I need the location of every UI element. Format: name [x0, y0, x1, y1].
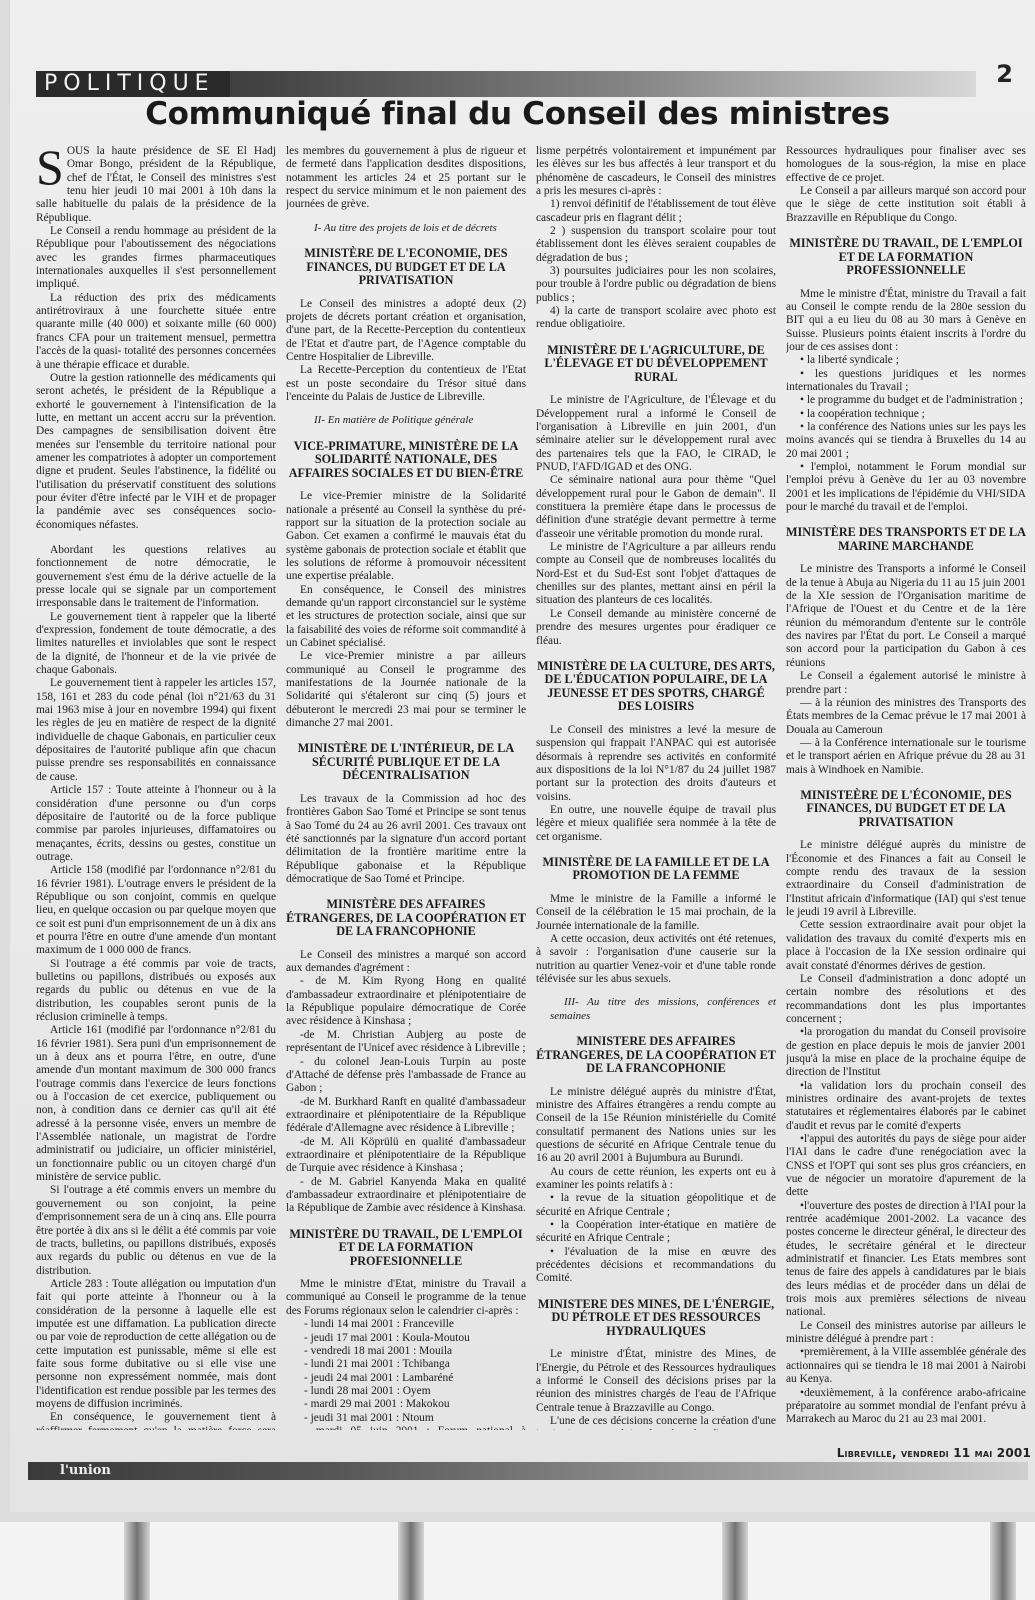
rubric-label: POLITIQUE [40, 71, 230, 97]
schedule-item: - jeudi 24 mai 2001 : Lambaréné [286, 1372, 526, 1385]
bullet-item: •premièrement, à la VIIIe assemblée géné… [786, 1346, 1026, 1386]
paragraph: Le Conseil a par ailleurs marqué son acc… [786, 185, 1026, 225]
agrement-item: -de M. Ali Köprülü en qualité d'ambassad… [286, 1136, 526, 1176]
paragraph: En conséquence, le gouvernement tient à … [36, 1411, 276, 1430]
agrement-item: - de M. Gabriel Kanyenda Maka en qualité… [286, 1176, 526, 1216]
paragraph: Les travaux de la Commission ad hoc des … [286, 793, 526, 886]
section-title-solidarite: VICE-PRIMATURE, MINISTÈRE DE LA SOLIDARI… [286, 440, 526, 481]
footer-dateline: Libreville, vendredi 11 mai 2001 [837, 1446, 1031, 1460]
paragraph: Le vice-Premier ministre de la Solidarit… [286, 490, 526, 583]
article-columns: SOUS la haute présidence de SE El Hadj O… [36, 145, 1028, 1430]
paragraph: Cette session extraordinaire avait pour … [786, 919, 1026, 972]
bullet-item: • les questions juridiques et les normes… [786, 368, 1026, 395]
section-title-travail: MINISTÈRE DU TRAVAIL, DE L'EMPLOI ET DE … [286, 1228, 526, 1269]
schedule-item: - lundi 28 mai 2001 : Oyem [286, 1385, 526, 1398]
paragraph: La réduction des prix des médicaments an… [36, 292, 276, 372]
section-title-mines: MINISTERE DES MINES, DE L'ÉNERGIE, DU PÉ… [536, 1298, 776, 1339]
measure-item: 1) renvoi définitif de l'établissement d… [536, 198, 776, 225]
schedule-item: - mardi 29 mai 2001 : Makokou [286, 1398, 526, 1411]
paragraph: A cette occasion, deux activités ont été… [536, 933, 776, 986]
bullet-item: • l'évaluation de la mise en œuvre des p… [536, 1246, 776, 1286]
schedule-item: - vendredi 18 mai 2001 : Mouila [286, 1345, 526, 1358]
scan-background [0, 1522, 1035, 1600]
newspaper-logo: l'union [60, 1462, 111, 1480]
section-title-culture: MINISTÈRE DE LA CULTURE, DES ARTS, DE L'… [536, 660, 776, 714]
paragraph: Le Conseil demande au ministère concerné… [536, 608, 776, 648]
bullet-item: • la revue de la situation géopolitique … [536, 1192, 776, 1219]
measure-item: 4) la carte de transport scolaire avec p… [536, 305, 776, 332]
paragraph: Le ministre de l'Agriculture, de l'Éleva… [536, 394, 776, 474]
section-title-agriculture: MINISTÈRE DE L'AGRICULTURE, DE L'ÉLEVAGE… [536, 344, 776, 385]
paragraph: Le ministre de l'Agriculture a par aille… [536, 541, 776, 608]
bullet-item: • la coopération technique ; [786, 408, 1026, 421]
paragraph: Le Conseil a rendu hommage au président … [36, 225, 276, 292]
page-number: 2 [996, 60, 1013, 88]
article-161: Article 161 (modifié par l'ordonnance n°… [36, 1024, 276, 1184]
section-title-transports-2: MINISTÈRE DES TRANSPORTS ET DE LA MARINE… [786, 526, 1026, 553]
bullet-item: •deuxièmement, à la conférence arabo-afr… [786, 1387, 1026, 1427]
section-title-interieur: MINISTÈRE DE L'INTÉRIEUR, DE LA SÉCURITÉ… [286, 742, 526, 783]
bullet-item: •la prorogation du mandat du Conseil pro… [786, 1026, 1026, 1079]
subhead-missions: III- Au titre des missions, conférences … [550, 996, 776, 1023]
footer-banner [28, 1462, 1028, 1480]
scan-artifact [124, 1522, 150, 1600]
section-title-economie: MINISTÈRE DE L'ECONOMIE, DES FINANCES, D… [286, 247, 526, 288]
paragraph: Le Conseil d'administration a donc adopt… [786, 973, 1026, 1026]
paragraph: Mme le ministre d'Etat, ministre du Trav… [286, 1278, 526, 1318]
schedule-item: - lundi 21 mai 2001 : Tchibanga [286, 1358, 526, 1371]
schedule-item: - mardi 05 juin 2001 : Forum national à … [286, 1425, 526, 1430]
bullet-item: • l'emploi, notamment le Forum mondial s… [786, 461, 1026, 514]
paragraph: Ressources hydrauliques pour finaliser a… [786, 145, 1026, 185]
paragraph: Le ministre des Transports a informé le … [786, 563, 1026, 670]
bullet-item: • le programme du budget et de l'adminis… [786, 394, 1026, 407]
section-title-travail-2: MINISTÈRE DU TRAVAIL, DE L'EMPLOI ET DE … [786, 237, 1026, 278]
paragraph: Le gouvernement tient à rappeler les art… [36, 677, 276, 784]
column-1: SOUS la haute présidence de SE El Hadj O… [36, 145, 276, 1430]
measure-item: 3) poursuites judiciaires pour les non s… [536, 265, 776, 305]
article-283: Article 283 : Toute allégation ou imputa… [36, 1278, 276, 1411]
paragraph: En outre, une nouvelle équipe de travail… [536, 804, 776, 844]
agrement-item: -de M. Burkhard Ranft en qualité d'ambas… [286, 1096, 526, 1136]
dash-item: — à la réunion des ministres des Transpo… [786, 697, 1026, 737]
column-3: lisme perpétrés volontairement et impuné… [536, 145, 776, 1430]
paragraph: Le gouvernement tient à rappeler que la … [36, 611, 276, 678]
lead-paragraph: SOUS la haute présidence de SE El Hadj O… [36, 145, 276, 225]
article-158: Article 158 (modifié par l'ordonnance n°… [36, 864, 276, 957]
bullet-item: • la Coopération inter-étatique en matiè… [536, 1219, 776, 1246]
paragraph: Le Conseil des ministres autorise par ai… [786, 1320, 1026, 1347]
paragraph: Ce séminaire national aura pour thème "Q… [536, 474, 776, 541]
paragraph: L'une de ces décisions concerne la créat… [536, 1415, 776, 1430]
section-title-famille: MINISTÈRE DE LA FAMILLE ET DE LA PROMOTI… [536, 856, 776, 883]
subhead-projets-lois: I- Au titre des projets de lois et de dé… [300, 222, 526, 235]
paragraph: Au cours de cette réunion, les experts o… [536, 1166, 776, 1193]
paragraph: Le Conseil des ministres a levé la mesur… [536, 724, 776, 804]
scan-artifact [398, 1522, 424, 1600]
column-4: Ressources hydrauliques pour finaliser a… [786, 145, 1026, 1430]
schedule-item: - jeudi 31 mai 2001 : Ntoum [286, 1412, 526, 1425]
section-title-economie-2: MINISTEÈRE DE L'ÉCONOMIE, DES FINANCES, … [786, 789, 1026, 830]
paragraph: les membres du gouvernement à plus de ri… [286, 145, 526, 212]
paragraph: Le vice-Premier ministre a par ailleurs … [286, 650, 526, 730]
section-title-affaires-etrangeres: MINISTÈRE DES AFFAIRES ÉTRANGERES, DE LA… [286, 898, 526, 939]
paragraph: Outre la gestion rationnelle des médicam… [36, 372, 276, 532]
paragraph: En conséquence, le Conseil des ministres… [286, 584, 526, 651]
paragraph: Le Conseil a également autorisé le minis… [786, 670, 1026, 697]
drop-cap: S [36, 147, 67, 187]
section-title-affaires-etrangeres-2: MINISTERE DES AFFAIRES ÉTRANGERES, DE LA… [536, 1035, 776, 1076]
bullet-item: •l'ouverture des postes de direction à l… [786, 1200, 1026, 1320]
paragraph: Le ministre délégué auprès du ministre d… [536, 1086, 776, 1166]
paragraph: Si l'outrage a été commis par voie de tr… [36, 958, 276, 1025]
column-2: les membres du gouvernement à plus de ri… [286, 145, 526, 1430]
bullet-item: •la validation lors du prochain conseil … [786, 1080, 1026, 1133]
scan-artifact [990, 1522, 1016, 1600]
bullet-item: •l'appui des autorités du pays de siège … [786, 1133, 1026, 1200]
paragraph: Si l'outrage a été commis envers un memb… [36, 1184, 276, 1277]
schedule-item: - lundi 14 mai 2001 : Franceville [286, 1318, 526, 1331]
dash-item: — à la Conférence internationale sur le … [786, 737, 1026, 777]
paragraph: Le Conseil des ministres a marqué son ac… [286, 949, 526, 976]
bullet-item: • la conférence des Nations unies sur le… [786, 421, 1026, 461]
paragraph: lisme perpétrés volontairement et impuné… [536, 145, 776, 198]
measure-item: 2 ) suspension du transport scolaire pou… [536, 225, 776, 265]
paragraph: Le ministre délégué auprès du ministre d… [786, 839, 1026, 919]
schedule-item: - jeudi 17 mai 2001 : Koula-Moutou [286, 1332, 526, 1345]
agrement-item: -de M. Christian Aubjerg au poste de rep… [286, 1029, 526, 1056]
paragraph: Abordant les questions relatives au fonc… [36, 544, 276, 611]
bullet-item: • la liberté syndicale ; [786, 354, 1026, 367]
scan-artifact [722, 1522, 748, 1600]
paragraph: La Recette-Perception du contentieux de … [286, 364, 526, 404]
article-157: Article 157 : Toute atteinte à l'honneur… [36, 784, 276, 864]
paragraph: Mme le ministre d'État, ministre du Trav… [786, 288, 1026, 355]
headline: Communiqué final du Conseil des ministre… [0, 96, 1035, 132]
subhead-politique-generale: II- En matière de Politique générale [300, 414, 526, 427]
paragraph: Mme le ministre de la Famille a informé … [536, 893, 776, 933]
paragraph: Le ministre d'État, ministre des Mines, … [536, 1348, 776, 1415]
agrement-item: - de M. Kim Ryong Hong en qualité d'amba… [286, 975, 526, 1028]
agrement-item: - du colonel Jean-Louis Turpin au poste … [286, 1056, 526, 1096]
paragraph: Le Conseil des ministres a adopté deux (… [286, 298, 526, 365]
